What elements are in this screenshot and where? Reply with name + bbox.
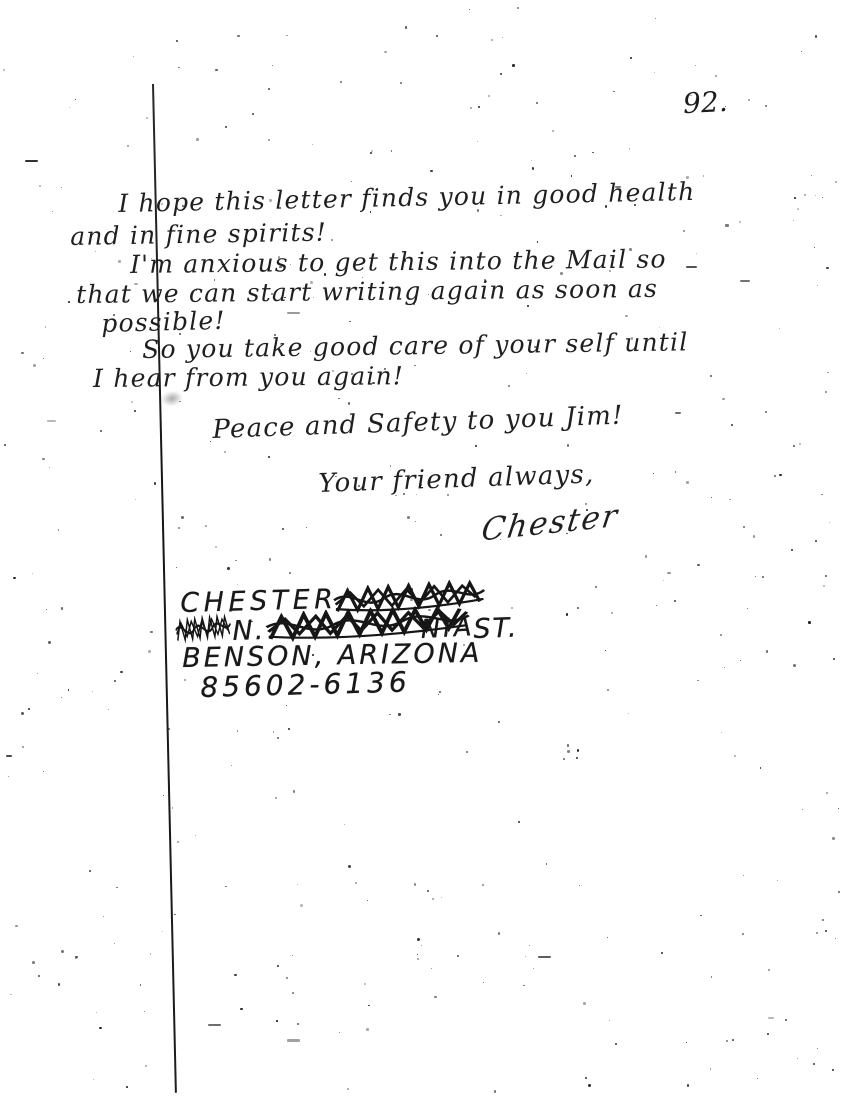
speck: [466, 751, 468, 753]
speck: [417, 938, 420, 941]
speck: [421, 945, 422, 946]
speck: [592, 152, 594, 154]
speck: [566, 613, 568, 615]
speck: [779, 328, 780, 329]
speck: [743, 526, 745, 528]
speck: [821, 494, 822, 495]
speck: [825, 391, 827, 393]
speck: [269, 558, 271, 560]
speck: [131, 401, 133, 403]
speck: [785, 1019, 787, 1021]
speck: [732, 1039, 734, 1041]
speck: [61, 950, 64, 953]
speck: [447, 494, 449, 496]
speck: [13, 577, 15, 579]
speck: [163, 795, 164, 796]
speck: [802, 809, 803, 810]
speck: [195, 835, 196, 836]
speck: [3, 69, 5, 71]
speck: [286, 705, 288, 707]
speck: [720, 634, 722, 636]
speck: [272, 65, 274, 67]
speck: [210, 441, 211, 442]
speck: [61, 187, 62, 188]
speck: [405, 26, 407, 28]
speck: [838, 891, 840, 893]
speck: [154, 482, 157, 485]
speck: [748, 99, 751, 102]
speck: [224, 451, 226, 453]
speck: [760, 767, 762, 769]
speck: [61, 697, 62, 698]
speck: [434, 996, 436, 998]
speck: [441, 897, 442, 898]
speck: [287, 1039, 300, 1041]
speck: [683, 230, 685, 232]
speck: [75, 958, 76, 959]
speck: [697, 564, 699, 566]
speck: [306, 527, 307, 528]
speck: [804, 194, 806, 196]
speck: [768, 1017, 774, 1019]
speck: [432, 898, 434, 900]
speck: [808, 621, 811, 624]
speck: [21, 352, 23, 354]
speck: [358, 485, 360, 487]
speck: [348, 402, 351, 405]
speck: [282, 528, 284, 530]
speck: [469, 9, 470, 10]
speck: [288, 728, 290, 730]
speck: [583, 1002, 585, 1004]
address-zip: 85602-6136: [200, 668, 411, 701]
speck: [310, 281, 312, 283]
speck: [711, 976, 713, 978]
speck: [832, 837, 835, 840]
street-number-scribble-redaction: [174, 612, 233, 645]
speck: [234, 974, 236, 976]
speck: [579, 885, 580, 886]
speck: [395, 495, 396, 496]
speck: [560, 272, 563, 275]
speck: [655, 18, 656, 19]
speck: [271, 293, 273, 295]
speck: [114, 943, 116, 945]
speck: [268, 88, 270, 90]
speck: [176, 567, 177, 568]
speck: [538, 956, 551, 958]
speck: [536, 102, 538, 104]
speck: [58, 983, 60, 985]
speck: [833, 658, 835, 660]
speck: [563, 758, 565, 760]
speck: [276, 1020, 278, 1022]
speck: [235, 560, 237, 562]
speck: [99, 1027, 102, 1030]
speck: [398, 713, 400, 715]
speck: [686, 1042, 687, 1043]
speck: [829, 522, 830, 523]
speck: [48, 641, 50, 643]
speck: [69, 107, 70, 108]
speck: [338, 398, 340, 400]
speck: [715, 75, 717, 77]
body-line-1: I hope this letter finds you in good hea…: [118, 179, 696, 216]
speck: [511, 607, 513, 609]
speck: [21, 712, 24, 715]
speck: [133, 56, 134, 57]
page-number: 92.: [682, 85, 728, 120]
speck: [52, 211, 53, 212]
speck: [340, 81, 342, 83]
speck: [344, 824, 345, 825]
speck: [488, 95, 491, 98]
speck: [95, 251, 96, 252]
speck: [663, 580, 664, 581]
speck: [734, 755, 736, 757]
speck: [33, 364, 36, 367]
speck: [567, 444, 569, 446]
speck: [753, 535, 755, 537]
speck: [765, 105, 767, 107]
speck: [22, 746, 24, 748]
speck: [615, 186, 621, 188]
speck: [6, 755, 12, 757]
speck: [32, 961, 35, 964]
speck: [436, 35, 438, 37]
speck: [498, 721, 500, 723]
speck: [351, 181, 352, 182]
speck: [656, 605, 657, 606]
speck: [92, 691, 93, 692]
speck: [576, 757, 578, 759]
speck: [8, 776, 9, 777]
speck: [196, 138, 198, 140]
speck: [726, 1040, 729, 1043]
speck: [284, 297, 285, 298]
speck: [500, 539, 501, 540]
speck: [150, 953, 151, 954]
speck: [28, 708, 30, 710]
speck: [215, 69, 218, 72]
speck: [674, 600, 676, 602]
speck: [517, 7, 519, 9]
speck: [144, 1011, 145, 1012]
speck: [407, 516, 410, 519]
speck: [518, 821, 520, 823]
speck: [145, 1065, 147, 1067]
speck: [661, 952, 662, 953]
speck: [605, 650, 606, 651]
speck: [208, 1024, 221, 1026]
speck: [118, 260, 121, 263]
speck: [108, 709, 109, 710]
speck: [324, 273, 326, 275]
speck: [286, 35, 287, 36]
speck: [609, 1020, 610, 1021]
speck: [609, 270, 611, 272]
speck: [757, 1078, 758, 1079]
speck: [430, 170, 433, 173]
speck: [240, 1008, 242, 1010]
speck: [725, 224, 730, 227]
speck: [148, 650, 151, 653]
speck: [286, 977, 288, 979]
speck: [251, 621, 252, 622]
speck: [571, 175, 573, 177]
speck: [335, 476, 336, 477]
speck: [205, 525, 207, 527]
speck: [300, 904, 303, 907]
speck: [181, 516, 184, 519]
speck: [312, 144, 313, 145]
speck: [366, 1028, 369, 1031]
speck: [567, 744, 569, 746]
speck: [415, 521, 417, 523]
speck: [675, 412, 681, 414]
body-line-2: and in fine spirits!: [70, 220, 327, 249]
speck: [178, 67, 179, 68]
speck: [339, 1032, 340, 1033]
body-line-5: possible!: [101, 308, 226, 336]
speck: [700, 915, 702, 917]
speck: [815, 195, 816, 196]
speck: [229, 609, 232, 612]
speck: [225, 886, 226, 887]
speck: [364, 983, 366, 985]
speck: [237, 730, 239, 732]
speck: [428, 294, 429, 295]
body-line-6: So you take good care of your self until: [142, 329, 689, 362]
speck: [502, 37, 503, 38]
speck: [722, 398, 724, 400]
speck: [297, 1023, 299, 1025]
speck: [825, 930, 827, 932]
speck: [168, 728, 170, 730]
speck: [483, 982, 484, 983]
speck: [822, 197, 823, 198]
speck: [43, 358, 44, 359]
speck: [367, 900, 368, 901]
speck: [729, 499, 730, 500]
speck: [762, 576, 764, 578]
speck: [740, 280, 750, 282]
speck: [292, 992, 294, 994]
speck: [653, 473, 654, 474]
speck: [793, 445, 795, 447]
speck: [768, 969, 770, 971]
speck: [475, 445, 476, 446]
speck: [400, 82, 402, 84]
speck: [724, 667, 725, 668]
speck: [731, 424, 733, 426]
speck: [686, 266, 697, 268]
speck: [287, 312, 299, 314]
speck: [765, 411, 767, 413]
speck: [176, 40, 178, 42]
speck: [184, 679, 186, 681]
speck: [39, 185, 41, 187]
speck: [75, 99, 76, 100]
speck: [172, 807, 174, 809]
speck: [140, 984, 142, 986]
speck: [384, 51, 386, 53]
speck: [823, 585, 825, 587]
speck: [368, 652, 370, 654]
speck: [585, 1077, 587, 1079]
speck: [482, 884, 484, 886]
speck: [630, 57, 632, 59]
speck: [827, 372, 828, 373]
speck: [498, 932, 501, 935]
speck: [368, 1005, 369, 1006]
speck: [710, 375, 712, 377]
speck: [440, 534, 442, 536]
speck: [739, 221, 741, 223]
speck: [628, 713, 629, 714]
speck: [174, 914, 176, 916]
speck: [25, 160, 38, 162]
speck: [178, 527, 180, 529]
speck: [605, 205, 607, 207]
speck: [275, 797, 277, 799]
speck: [10, 994, 12, 996]
speck: [293, 790, 295, 792]
speck: [127, 145, 129, 147]
speck: [100, 430, 103, 433]
speck: [120, 671, 122, 673]
speck: [817, 285, 818, 286]
speck: [822, 919, 824, 921]
speck: [797, 208, 799, 210]
body-line-4: that we can start writing again as soon …: [76, 276, 658, 307]
speck: [611, 612, 612, 613]
speck: [793, 220, 794, 221]
speck: [116, 887, 117, 888]
speck: [740, 660, 741, 661]
speck: [835, 181, 837, 183]
speck: [546, 863, 547, 864]
speck: [633, 188, 635, 190]
speck: [814, 247, 815, 248]
speck: [577, 607, 579, 609]
speck: [512, 64, 515, 67]
speck: [777, 880, 778, 881]
speck: [721, 732, 723, 734]
speck: [438, 694, 439, 695]
speck: [227, 567, 230, 570]
speck: [268, 456, 271, 459]
speck: [205, 679, 206, 680]
speck: [477, 141, 478, 142]
speck: [696, 253, 697, 254]
speck: [348, 865, 351, 868]
speck: [815, 540, 817, 542]
speck: [96, 1012, 97, 1013]
speck: [47, 420, 56, 422]
speck: [15, 925, 17, 927]
speck: [703, 175, 704, 176]
speck: [766, 650, 769, 653]
speck: [491, 39, 494, 42]
speck: [523, 985, 524, 986]
speck: [179, 401, 181, 403]
speck: [577, 749, 579, 751]
speck: [667, 572, 672, 574]
body-line-7: I hear from you again!: [93, 363, 404, 391]
speck: [484, 279, 486, 281]
speck: [607, 937, 609, 939]
speck: [742, 933, 744, 935]
speck: [457, 955, 459, 957]
speck: [500, 73, 502, 75]
speck: [675, 471, 676, 472]
speck: [414, 365, 415, 366]
speck: [349, 321, 351, 323]
speck: [269, 199, 271, 201]
speck: [237, 35, 239, 37]
speck: [150, 631, 152, 633]
speck: [531, 160, 532, 161]
speck: [615, 1043, 617, 1045]
speck: [816, 932, 817, 933]
speck: [252, 113, 254, 115]
speck: [37, 673, 38, 674]
speck: [130, 351, 131, 352]
speck: [135, 499, 136, 500]
speck: [607, 689, 609, 691]
speck: [146, 117, 148, 119]
speck: [114, 680, 115, 681]
speck: [89, 870, 91, 872]
speck: [825, 575, 827, 577]
speck: [574, 155, 576, 157]
speck: [801, 51, 802, 52]
speck: [134, 410, 135, 411]
speck: [625, 315, 627, 317]
speck: [431, 968, 432, 969]
ink-smudge: [160, 389, 184, 408]
speck: [500, 215, 502, 217]
speck: [49, 467, 50, 468]
speck: [815, 35, 817, 37]
speck: [370, 152, 372, 154]
speck: [835, 938, 836, 939]
speck: [791, 549, 793, 551]
speck: [126, 1086, 128, 1088]
speck: [277, 737, 279, 739]
speck: [68, 301, 70, 303]
speck: [537, 241, 539, 243]
speck: [478, 106, 480, 108]
speck: [508, 385, 511, 388]
speck: [832, 1069, 834, 1071]
speck: [427, 890, 430, 893]
speck: [711, 497, 712, 498]
speck: [779, 474, 782, 477]
speck: [634, 204, 636, 206]
speck: [237, 584, 238, 585]
speck: [695, 65, 696, 66]
speck: [697, 680, 699, 682]
speck: [686, 176, 689, 179]
speck: [567, 750, 570, 753]
speck: [529, 945, 530, 946]
speck: [162, 931, 164, 933]
speck: [42, 458, 44, 460]
speck: [838, 808, 839, 809]
speck: [68, 689, 70, 691]
